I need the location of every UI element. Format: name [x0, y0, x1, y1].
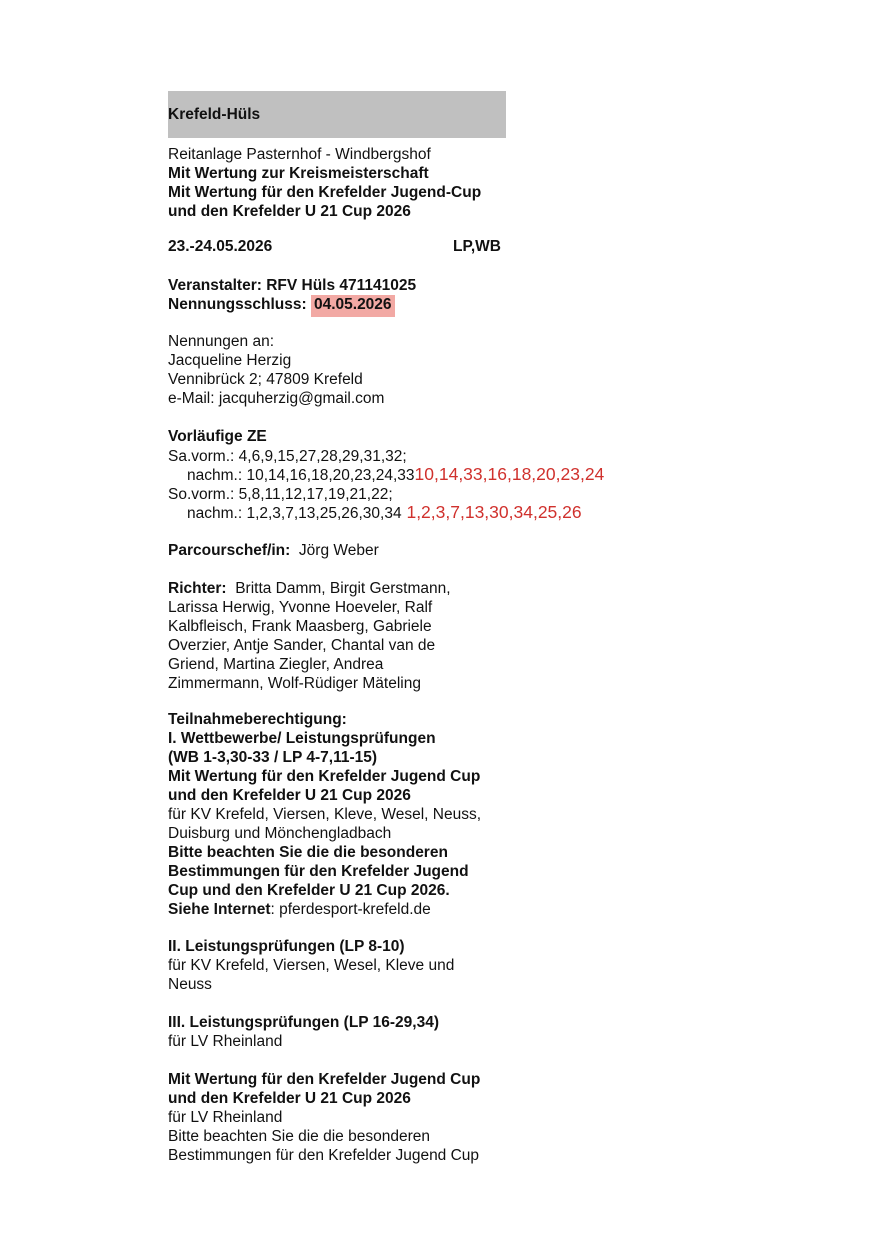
judges-line: Kalbfleisch, Frank Maasberg, Gabriele [168, 617, 451, 636]
schedule-row-label: nachm.: [187, 505, 246, 522]
section4-for1: für LV Rheinland [168, 1108, 480, 1127]
internet-link[interactable]: : pferdesport-krefeld.de [271, 901, 431, 918]
judges-line: Griend, Martina Ziegler, Andrea [168, 655, 451, 674]
page-title: Krefeld-Hüls [168, 105, 260, 124]
rating-u21-cup: und den Krefelder U 21 Cup 2026 [168, 202, 481, 221]
deadline-value: 04.05.2026 [311, 295, 395, 317]
internet-label: Siehe Internet [168, 901, 271, 918]
schedule-row-correction: 10,14,33,16,18,20,23,24 [415, 464, 605, 484]
section3-for1: für LV Rheinland [168, 1032, 439, 1051]
entries-heading: Nennungen an: [168, 332, 384, 351]
section1-for2: Duisburg und Mönchengladbach [168, 824, 481, 843]
section4-note1: Bitte beachten Sie die die besonderen [168, 1127, 480, 1146]
event-types: LP,WB [453, 237, 501, 256]
schedule-row-values: 5,8,11,12,17,19,21,22; [239, 486, 393, 503]
organizer: Veranstalter: RFV Hüls 471141025 [168, 276, 416, 295]
schedule-row-values: 4,6,9,15,27,28,29,31,32; [239, 448, 407, 465]
rating-kreismeisterschaft: Mit Wertung zur Kreismeisterschaft [168, 164, 481, 183]
judges-line: Zimmermann, Wolf-Rüdiger Mäteling [168, 674, 451, 693]
event-date-row: 23.-24.05.2026 LP,WB [168, 237, 501, 256]
schedule-row-values: 10,14,16,18,20,23,24,33 [246, 467, 414, 484]
entries-address: Vennibrück 2; 47809 Krefeld [168, 370, 384, 389]
section2-for2: Neuss [168, 975, 454, 994]
venue: Reitanlage Pasternhof - Windbergshof [168, 145, 481, 164]
section1-note3: Cup und den Krefelder U 21 Cup 2026. [168, 881, 481, 900]
schedule-row-label: So.vorm.: [168, 486, 239, 503]
section3-block: III. Leistungsprüfungen (LP 16-29,34) fü… [168, 1013, 439, 1051]
course-designer-block: Parcourschef/in: Jörg Weber [168, 541, 379, 560]
section2-title: II. Leistungsprüfungen (LP 8-10) [168, 937, 454, 956]
section4-note2: Bestimmungen für den Krefelder Jugend Cu… [168, 1146, 480, 1165]
judges-line: Larissa Herwig, Yvonne Hoeveler, Ralf [168, 598, 451, 617]
judges-line: Overzier, Antje Sander, Chantal van de [168, 636, 451, 655]
section1-note1: Bitte beachten Sie die die besonderen [168, 843, 481, 862]
schedule-row-values: 1,2,3,7,13,25,26,30,34 [246, 505, 401, 522]
schedule-row-correction: 1,2,3,7,13,30,34,25,26 [402, 502, 582, 522]
organizer-block: Veranstalter: RFV Hüls 471141025 Nennung… [168, 276, 416, 314]
entries-email: e-Mail: jacquherzig@gmail.com [168, 389, 384, 408]
deadline-label: Nennungsschluss: [168, 296, 311, 313]
section4-cup2: und den Krefelder U 21 Cup 2026 [168, 1089, 480, 1108]
judges-label: Richter: [168, 580, 227, 597]
section1-cup1: Mit Wertung für den Krefelder Jugend Cup [168, 767, 481, 786]
section4-block: Mit Wertung für den Krefelder Jugend Cup… [168, 1070, 480, 1165]
schedule-row-label: Sa.vorm.: [168, 448, 239, 465]
section4-cup1: Mit Wertung für den Krefelder Jugend Cup [168, 1070, 480, 1089]
course-designer: Parcourschef/in: Jörg Weber [168, 541, 379, 560]
schedule-row: Sa.vorm.: 4,6,9,15,27,28,29,31,32; [168, 446, 604, 465]
section1-for1: für KV Krefeld, Viersen, Kleve, Wesel, N… [168, 805, 481, 824]
judges-line: Richter: Britta Damm, Birgit Gerstmann, [168, 579, 451, 598]
schedule-row: So.vorm.: 5,8,11,12,17,19,21,22; [168, 484, 604, 503]
schedule-row: nachm.: 1,2,3,7,13,25,26,30,34 1,2,3,7,1… [168, 503, 604, 522]
event-dates: 23.-24.05.2026 [168, 238, 272, 255]
section1-note2: Bestimmungen für den Krefelder Jugend [168, 862, 481, 881]
deadline: Nennungsschluss: 04.05.2026 [168, 295, 416, 314]
section1-subtitle: (WB 1-3,30-33 / LP 4-7,11-15) [168, 748, 481, 767]
rating-jugend-cup: Mit Wertung für den Krefelder Jugend-Cup [168, 183, 481, 202]
eligibility-block: Teilnahmeberechtigung: I. Wettbewerbe/ L… [168, 710, 481, 919]
course-designer-value: Jörg Weber [290, 542, 378, 559]
section2-block: II. Leistungsprüfungen (LP 8-10) für KV … [168, 937, 454, 994]
section1-internet: Siehe Internet: pferdesport-krefeld.de [168, 900, 481, 919]
schedule-row-label: nachm.: [187, 467, 246, 484]
schedule-heading: Vorläufige ZE [168, 427, 604, 446]
section1-cup2: und den Krefelder U 21 Cup 2026 [168, 786, 481, 805]
section1-title: I. Wettbewerbe/ Leistungsprüfungen [168, 729, 481, 748]
eligibility-heading: Teilnahmeberechtigung: [168, 710, 481, 729]
intro-block: Reitanlage Pasternhof - Windbergshof Mit… [168, 145, 481, 221]
schedule-row: nachm.: 10,14,16,18,20,23,24,3310,14,33,… [168, 465, 604, 484]
judges-names: Britta Damm, Birgit Gerstmann, [227, 580, 451, 597]
judges-block: Richter: Britta Damm, Birgit Gerstmann, … [168, 579, 451, 693]
entries-block: Nennungen an: Jacqueline Herzig Vennibrü… [168, 332, 384, 408]
section3-title: III. Leistungsprüfungen (LP 16-29,34) [168, 1013, 439, 1032]
entries-name: Jacqueline Herzig [168, 351, 384, 370]
course-designer-label: Parcourschef/in: [168, 542, 290, 559]
section2-for1: für KV Krefeld, Viersen, Wesel, Kleve un… [168, 956, 454, 975]
schedule-block: Vorläufige ZE Sa.vorm.: 4,6,9,15,27,28,2… [168, 427, 604, 522]
